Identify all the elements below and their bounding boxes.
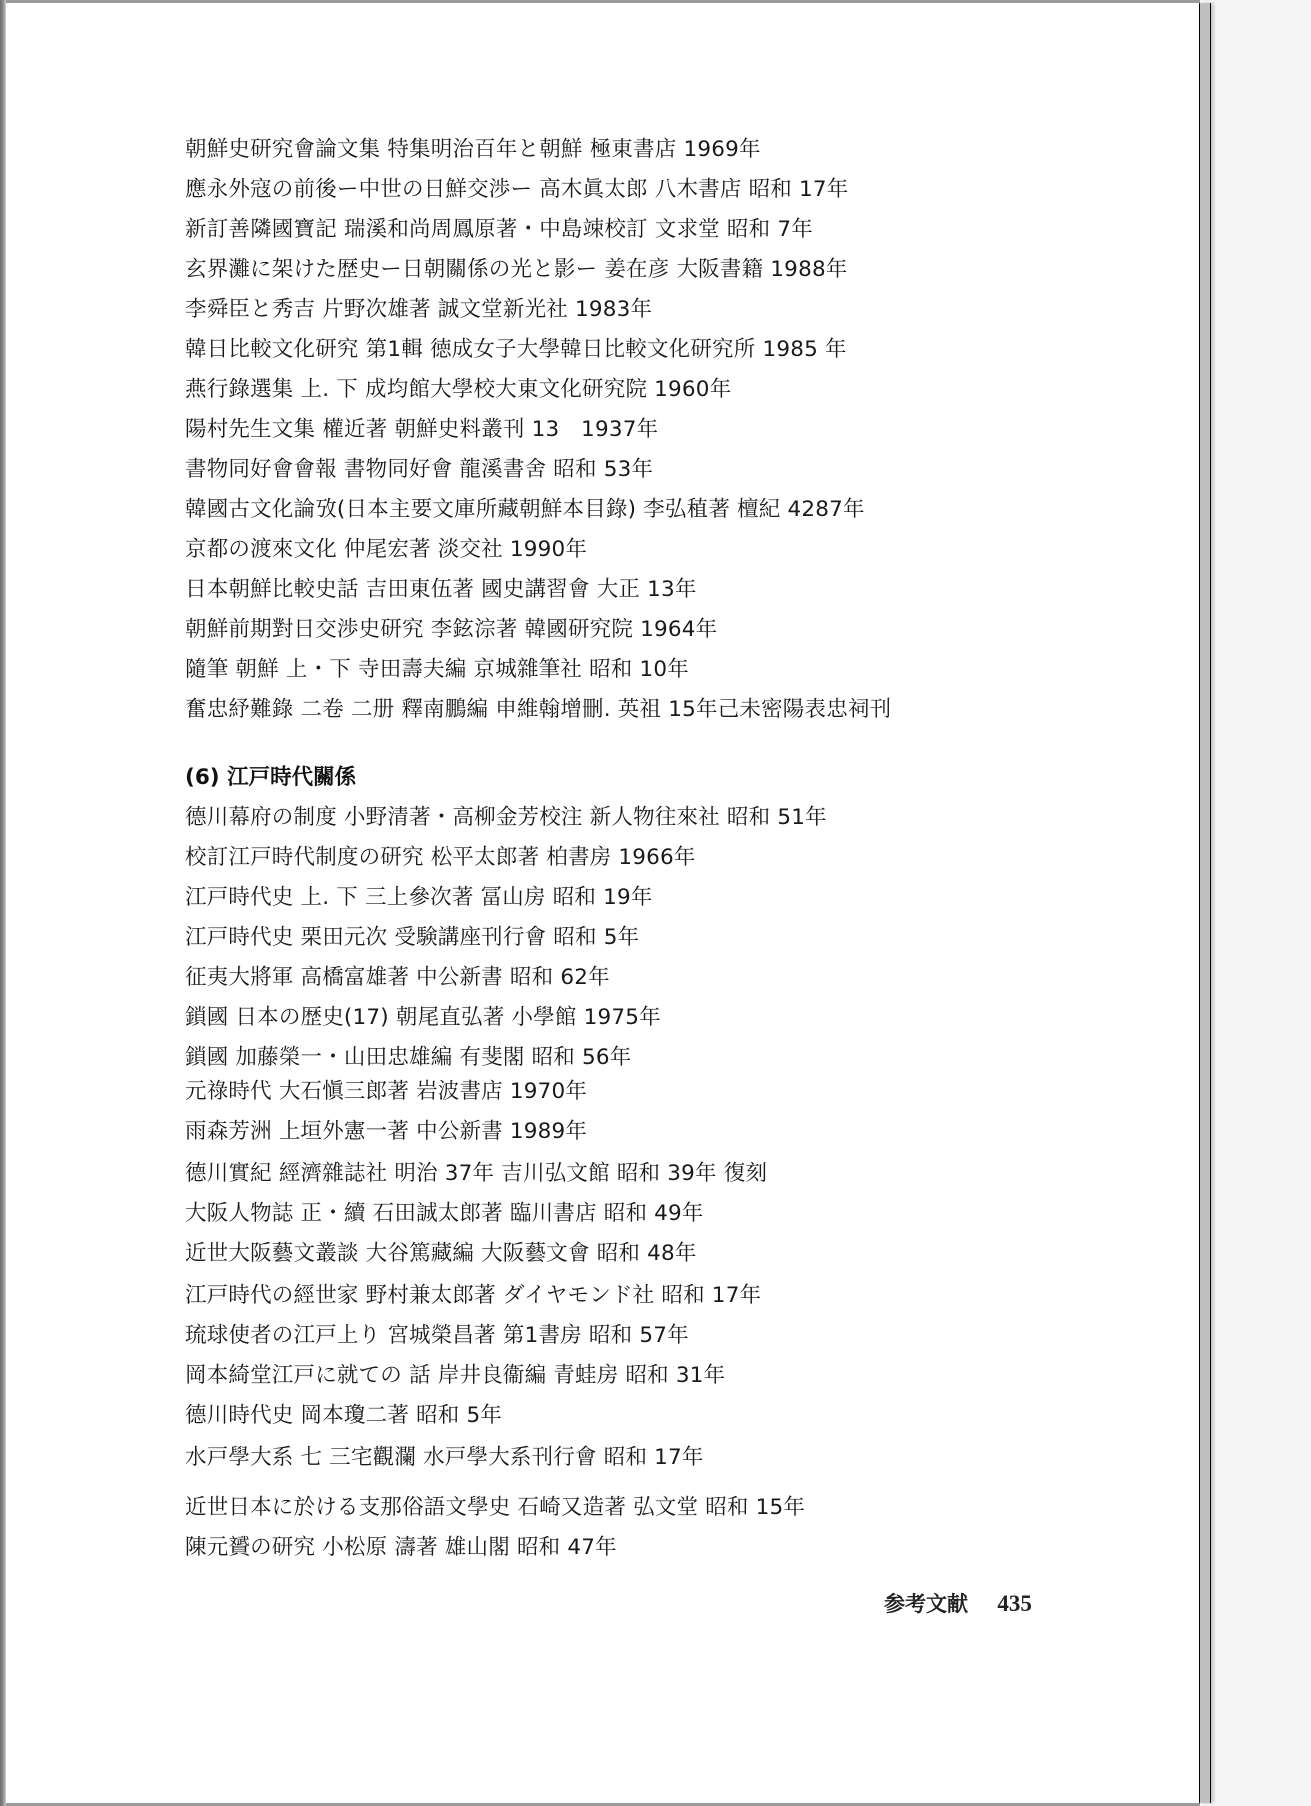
bibliography-entry: 朝鮮史研究會論文集 特集明治百年と朝鮮 極東書店 1969年 [185,136,761,164]
bibliography-entry: 元祿時代 大石愼三郎著 岩波書店 1970年 [185,1078,587,1106]
bibliography-entry: 江戸時代史 栗田元次 受験講座刊行會 昭和 5年 [185,924,639,952]
bibliography-entry: 韓日比較文化研究 第1輯 徳成女子大學韓日比較文化研究所 1985 年 [185,336,847,364]
bibliography-entry: 大阪人物誌 正・續 石田誠太郎著 臨川書店 昭和 49年 [185,1200,704,1228]
bibliography-entry: 奮忠紓難錄 二卷 二册 釋南鵬編 申維翰增刪. 英祖 15年己未密陽表忠祠刊 [185,696,891,724]
bibliography-entry: 江戸時代史 上. 下 三上參次著 冨山房 昭和 19年 [185,884,653,912]
bibliography-entry: 陳元贇の研究 小松原 濤著 雄山閣 昭和 47年 [185,1534,617,1562]
bibliography-entry: 水戸學大系 七 三宅觀瀾 水戸學大系刊行會 昭和 17年 [185,1444,704,1472]
section-heading: (6) 江戸時代關係 [185,764,356,792]
page-top-edge [0,0,1200,3]
bibliography-entry: 琉球使者の江戸上り 宮城榮昌著 第1書房 昭和 57年 [185,1322,689,1350]
bibliography-entry: 雨森芳洲 上垣外憲一著 中公新書 1989年 [185,1118,587,1146]
bibliography-entry: 隨筆 朝鮮 上・下 寺田壽夫編 京城雜筆社 昭和 10年 [185,656,689,684]
bibliography-entry: 鎖國 加藤榮一・山田忠雄編 有斐閣 昭和 56年 [185,1044,632,1072]
page-footer: 参考文献 435 [884,1588,1032,1618]
bibliography-entry: 玄界灘に架けた歴史ー日朝關係の光と影ー 姜在彦 大阪書籍 1988年 [185,256,848,284]
page-spine-edge [1199,3,1211,1803]
bibliography-entry: 應永外寇の前後ー中世の日鮮交渉ー 高木眞太郎 八木書店 昭和 17年 [185,176,849,204]
bibliography-entry: 岡本綺堂江戸に就ての 話 岸井良衞編 青蛙房 昭和 31年 [185,1362,725,1390]
document-page-frame: 朝鮮史研究會論文集 特集明治百年と朝鮮 極東書店 1969年 應永外寇の前後ー中… [0,0,1198,1806]
bibliography-entry: 朝鮮前期對日交渉史研究 李鉉淙著 韓國研究院 1964年 [185,616,717,644]
bibliography-entry: 陽村先生文集 權近著 朝鮮史料叢刊 13 1937年 [185,416,658,444]
bibliography-entry: 鎖國 日本の歴史(17) 朝尾直弘著 小學館 1975年 [185,1004,661,1032]
bibliography-entry: 近世大阪藝文叢談 大谷篤藏編 大阪藝文會 昭和 48年 [185,1240,697,1268]
bibliography-entry: 德川時代史 岡本瓊二著 昭和 5年 [185,1402,502,1430]
bibliography-entry: 校訂江戸時代制度の研究 松平太郎著 柏書房 1966年 [185,844,696,872]
bibliography-entry: 征夷大將軍 高橋富雄著 中公新書 昭和 62年 [185,964,610,992]
bibliography-entry: 京都の渡來文化 仲尾宏著 淡交社 1990年 [185,536,587,564]
running-title: 参考文献 [884,1592,968,1616]
bibliography-entry: 李舜臣と秀吉 片野次雄著 誠文堂新光社 1983年 [185,296,652,324]
page-left-edge [0,0,6,1806]
bibliography-entry: 燕行錄選集 上. 下 成均館大學校大東文化研究院 1960年 [185,376,731,404]
bibliography-entry: 日本朝鮮比較史話 吉田東伍著 國史講習會 大正 13年 [185,576,697,604]
bibliography-entry: 近世日本に於ける支那俗語文學史 石崎又造著 弘文堂 昭和 15年 [185,1494,805,1522]
page-number: 435 [997,1591,1032,1616]
bibliography-entry: 德川實紀 經濟雜誌社 明治 37年 吉川弘文館 昭和 39年 復刻 [185,1160,767,1188]
bibliography-entry: 新訂善隣國寶記 瑞溪和尚周鳳原著・中島竦校訂 文求堂 昭和 7年 [185,216,813,244]
bibliography-entry: 書物同好會會報 書物同好會 龍溪書舍 昭和 53年 [185,456,653,484]
bibliography-entry: 江戸時代の經世家 野村兼太郎著 ダイヤモンド社 昭和 17年 [185,1282,761,1310]
bibliography-entry: 韓國古文化論攷(日本主要文庫所藏朝鮮本目錄) 李弘稙著 檀紀 4287年 [185,496,865,524]
bibliography-entry: 德川幕府の制度 小野清著・高柳金芳校注 新人物往來社 昭和 51年 [185,804,827,832]
